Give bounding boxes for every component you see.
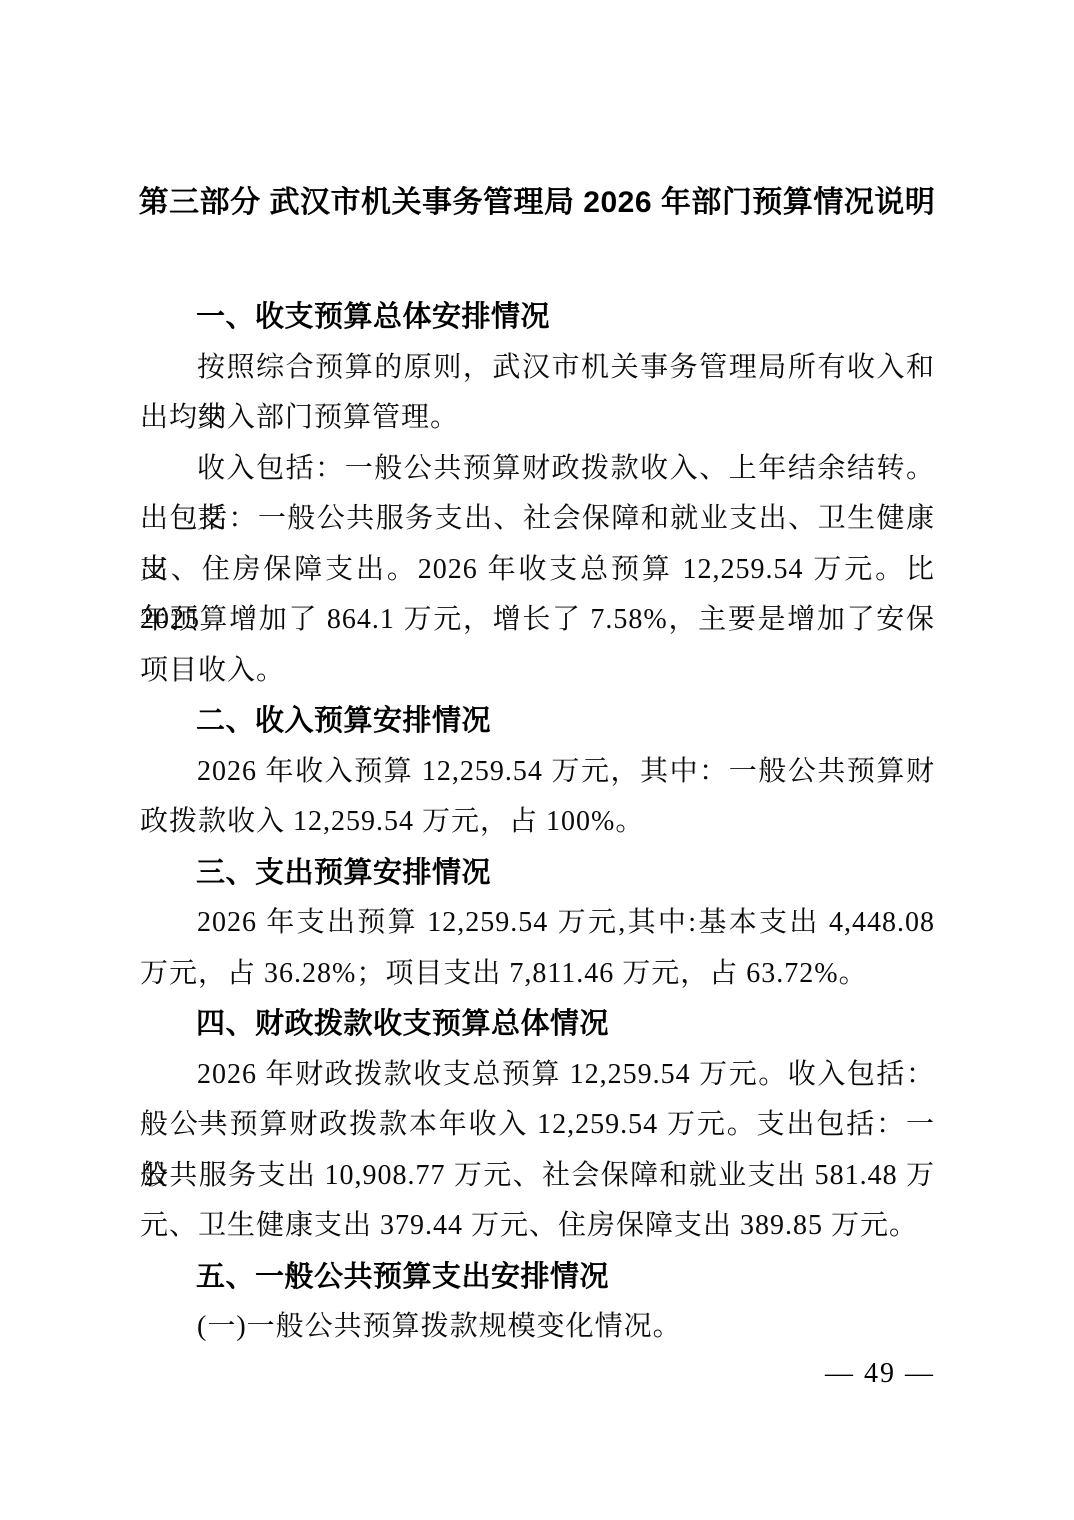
body-line: 2026 年支出预算 12,259.54 万元,其中:基本支出 4,448.08 <box>140 898 935 949</box>
document-page: 第三部分 武汉市机关事务管理局 2026 年部门预算情况说明 一、收支预算总体安… <box>0 0 1074 1520</box>
section-heading: 五、一般公共预算支出安排情况 <box>140 1252 935 1303</box>
body-line: 政拨款收入 12,259.54 万元，占 100%。 <box>140 797 935 848</box>
body-line: 元、卫生健康支出 379.44 万元、住房保障支出 389.85 万元。 <box>140 1201 935 1252</box>
body-line: 按照综合预算的原则，武汉市机关事务管理局所有收入和支 <box>140 343 935 394</box>
body-line: 2026 年财政拨款收支总预算 12,259.54 万元。收入包括：一 <box>140 1050 935 1101</box>
body-line: 出包括：一般公共服务支出、社会保障和就业支出、卫生健康支 <box>140 494 935 545</box>
body-line: 年预算增加了 864.1 万元，增长了 7.58%，主要是增加了安保 <box>140 595 935 646</box>
body-line: 般公共预算财政拨款本年收入 12,259.54 万元。支出包括：一般 <box>140 1100 935 1151</box>
body-line: 项目收入。 <box>140 646 935 697</box>
section-heading: 二、收入预算安排情况 <box>140 696 935 747</box>
body-line: 公共服务支出 10,908.77 万元、社会保障和就业支出 581.48 万 <box>140 1151 935 1202</box>
section-heading: 一、收支预算总体安排情况 <box>140 292 935 343</box>
page-footer: — 49 — <box>825 1352 935 1396</box>
document-body: 一、收支预算总体安排情况按照综合预算的原则，武汉市机关事务管理局所有收入和支出均… <box>140 292 935 1353</box>
body-line: 收入包括：一般公共预算财政拨款收入、上年结余结转。支 <box>140 444 935 495</box>
body-line: 2026 年收入预算 12,259.54 万元，其中：一般公共预算财 <box>140 747 935 798</box>
body-line: 万元，占 36.28%；项目支出 7,811.46 万元，占 63.72%。 <box>140 949 935 1000</box>
section-heading: 三、支出预算安排情况 <box>140 848 935 899</box>
document-title: 第三部分 武汉市机关事务管理局 2026 年部门预算情况说明 <box>0 184 1074 222</box>
body-line: 出均纳入部门预算管理。 <box>140 393 935 444</box>
section-heading: 四、财政拨款收支预算总体情况 <box>140 999 935 1050</box>
body-line: (一)一般公共预算拨款规模变化情况。 <box>140 1302 935 1353</box>
body-line: 出、住房保障支出。2026 年收支总预算 12,259.54 万元。比 2025 <box>140 545 935 596</box>
page-number: — 49 — <box>825 1358 935 1389</box>
